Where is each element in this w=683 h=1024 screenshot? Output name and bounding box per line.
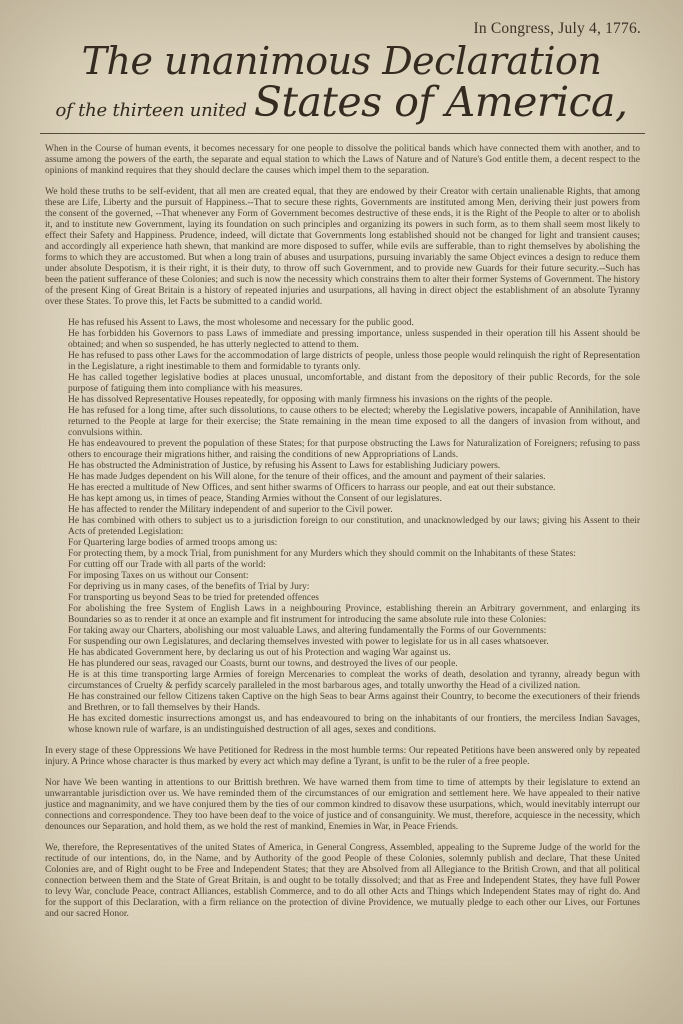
grievance-item: He has refused for a long time, after su…	[68, 406, 640, 439]
document-body: When in the Course of human events, it b…	[0, 144, 683, 920]
grievances-list: He has refused his Assent to Laws, the m…	[68, 318, 640, 736]
grievance-item: He has kept among us, in times of peace,…	[68, 494, 640, 505]
declaration-document: In Congress, July 4, 1776. The unanimous…	[0, 0, 683, 1024]
grievance-item: For imposing Taxes on us without our Con…	[68, 571, 640, 582]
grievance-item: He has excited domestic insurrections am…	[68, 714, 640, 736]
grievance-item: For suspending our own Legislatures, and…	[68, 637, 640, 648]
grievance-item: He has called together legislative bodie…	[68, 373, 640, 395]
declaration-paragraph: We, therefore, the Representatives of th…	[45, 843, 640, 920]
intro-paragraph-2: We hold these truths to be self-evident,…	[45, 187, 640, 308]
intro-paragraph-1: When in the Course of human events, it b…	[45, 144, 640, 177]
grievance-item: He has constrained our fellow Citizens t…	[68, 692, 640, 714]
grievance-item: He has affected to render the Military i…	[68, 505, 640, 516]
document-title: The unanimous Declaration of the thirtee…	[0, 40, 683, 126]
grievance-item: He has erected a multitude of New Office…	[68, 483, 640, 494]
grievance-item: He has combined with others to subject u…	[68, 516, 640, 538]
title-subline: of the thirteen united	[55, 100, 246, 121]
grievance-item: He has dissolved Representative Houses r…	[68, 395, 640, 406]
grievance-item: He has abdicated Government here, by dec…	[68, 648, 640, 659]
title-line1: The unanimous Declaration	[0, 40, 683, 82]
grievance-item: For depriving us in many cases, of the b…	[68, 582, 640, 593]
title-main: States of America,	[254, 78, 628, 126]
grievance-item: For transporting us beyond Seas to be tr…	[68, 593, 640, 604]
grievance-item: He has refused to pass other Laws for th…	[68, 351, 640, 373]
grievance-item: He has refused his Assent to Laws, the m…	[68, 318, 640, 329]
grievance-item: He has endeavoured to prevent the popula…	[68, 439, 640, 461]
grievance-item: He has plundered our seas, ravaged our C…	[68, 659, 640, 670]
header-rule	[40, 133, 645, 134]
grievance-item: He has made Judges dependent on his Will…	[68, 472, 640, 483]
grievance-item: He is at this time transporting large Ar…	[68, 670, 640, 692]
grievance-item: For abolishing the free System of Englis…	[68, 604, 640, 626]
grievance-item: He has forbidden his Governors to pass L…	[68, 329, 640, 351]
grievance-item: For Quartering large bodies of armed tro…	[68, 538, 640, 549]
title-line2: of the thirteen united States of America…	[0, 78, 683, 126]
brittish-brethren-paragraph: Nor have We been wanting in attentions t…	[45, 778, 640, 833]
grievance-item: For taking away our Charters, abolishing…	[68, 626, 640, 637]
dateline: In Congress, July 4, 1776.	[0, 20, 641, 38]
oppressions-paragraph: In every stage of these Oppressions We h…	[45, 746, 640, 768]
grievance-item: He has obstructed the Administration of …	[68, 461, 640, 472]
grievance-item: For cutting off our Trade with all parts…	[68, 560, 640, 571]
grievance-item: For protecting them, by a mock Trial, fr…	[68, 549, 640, 560]
